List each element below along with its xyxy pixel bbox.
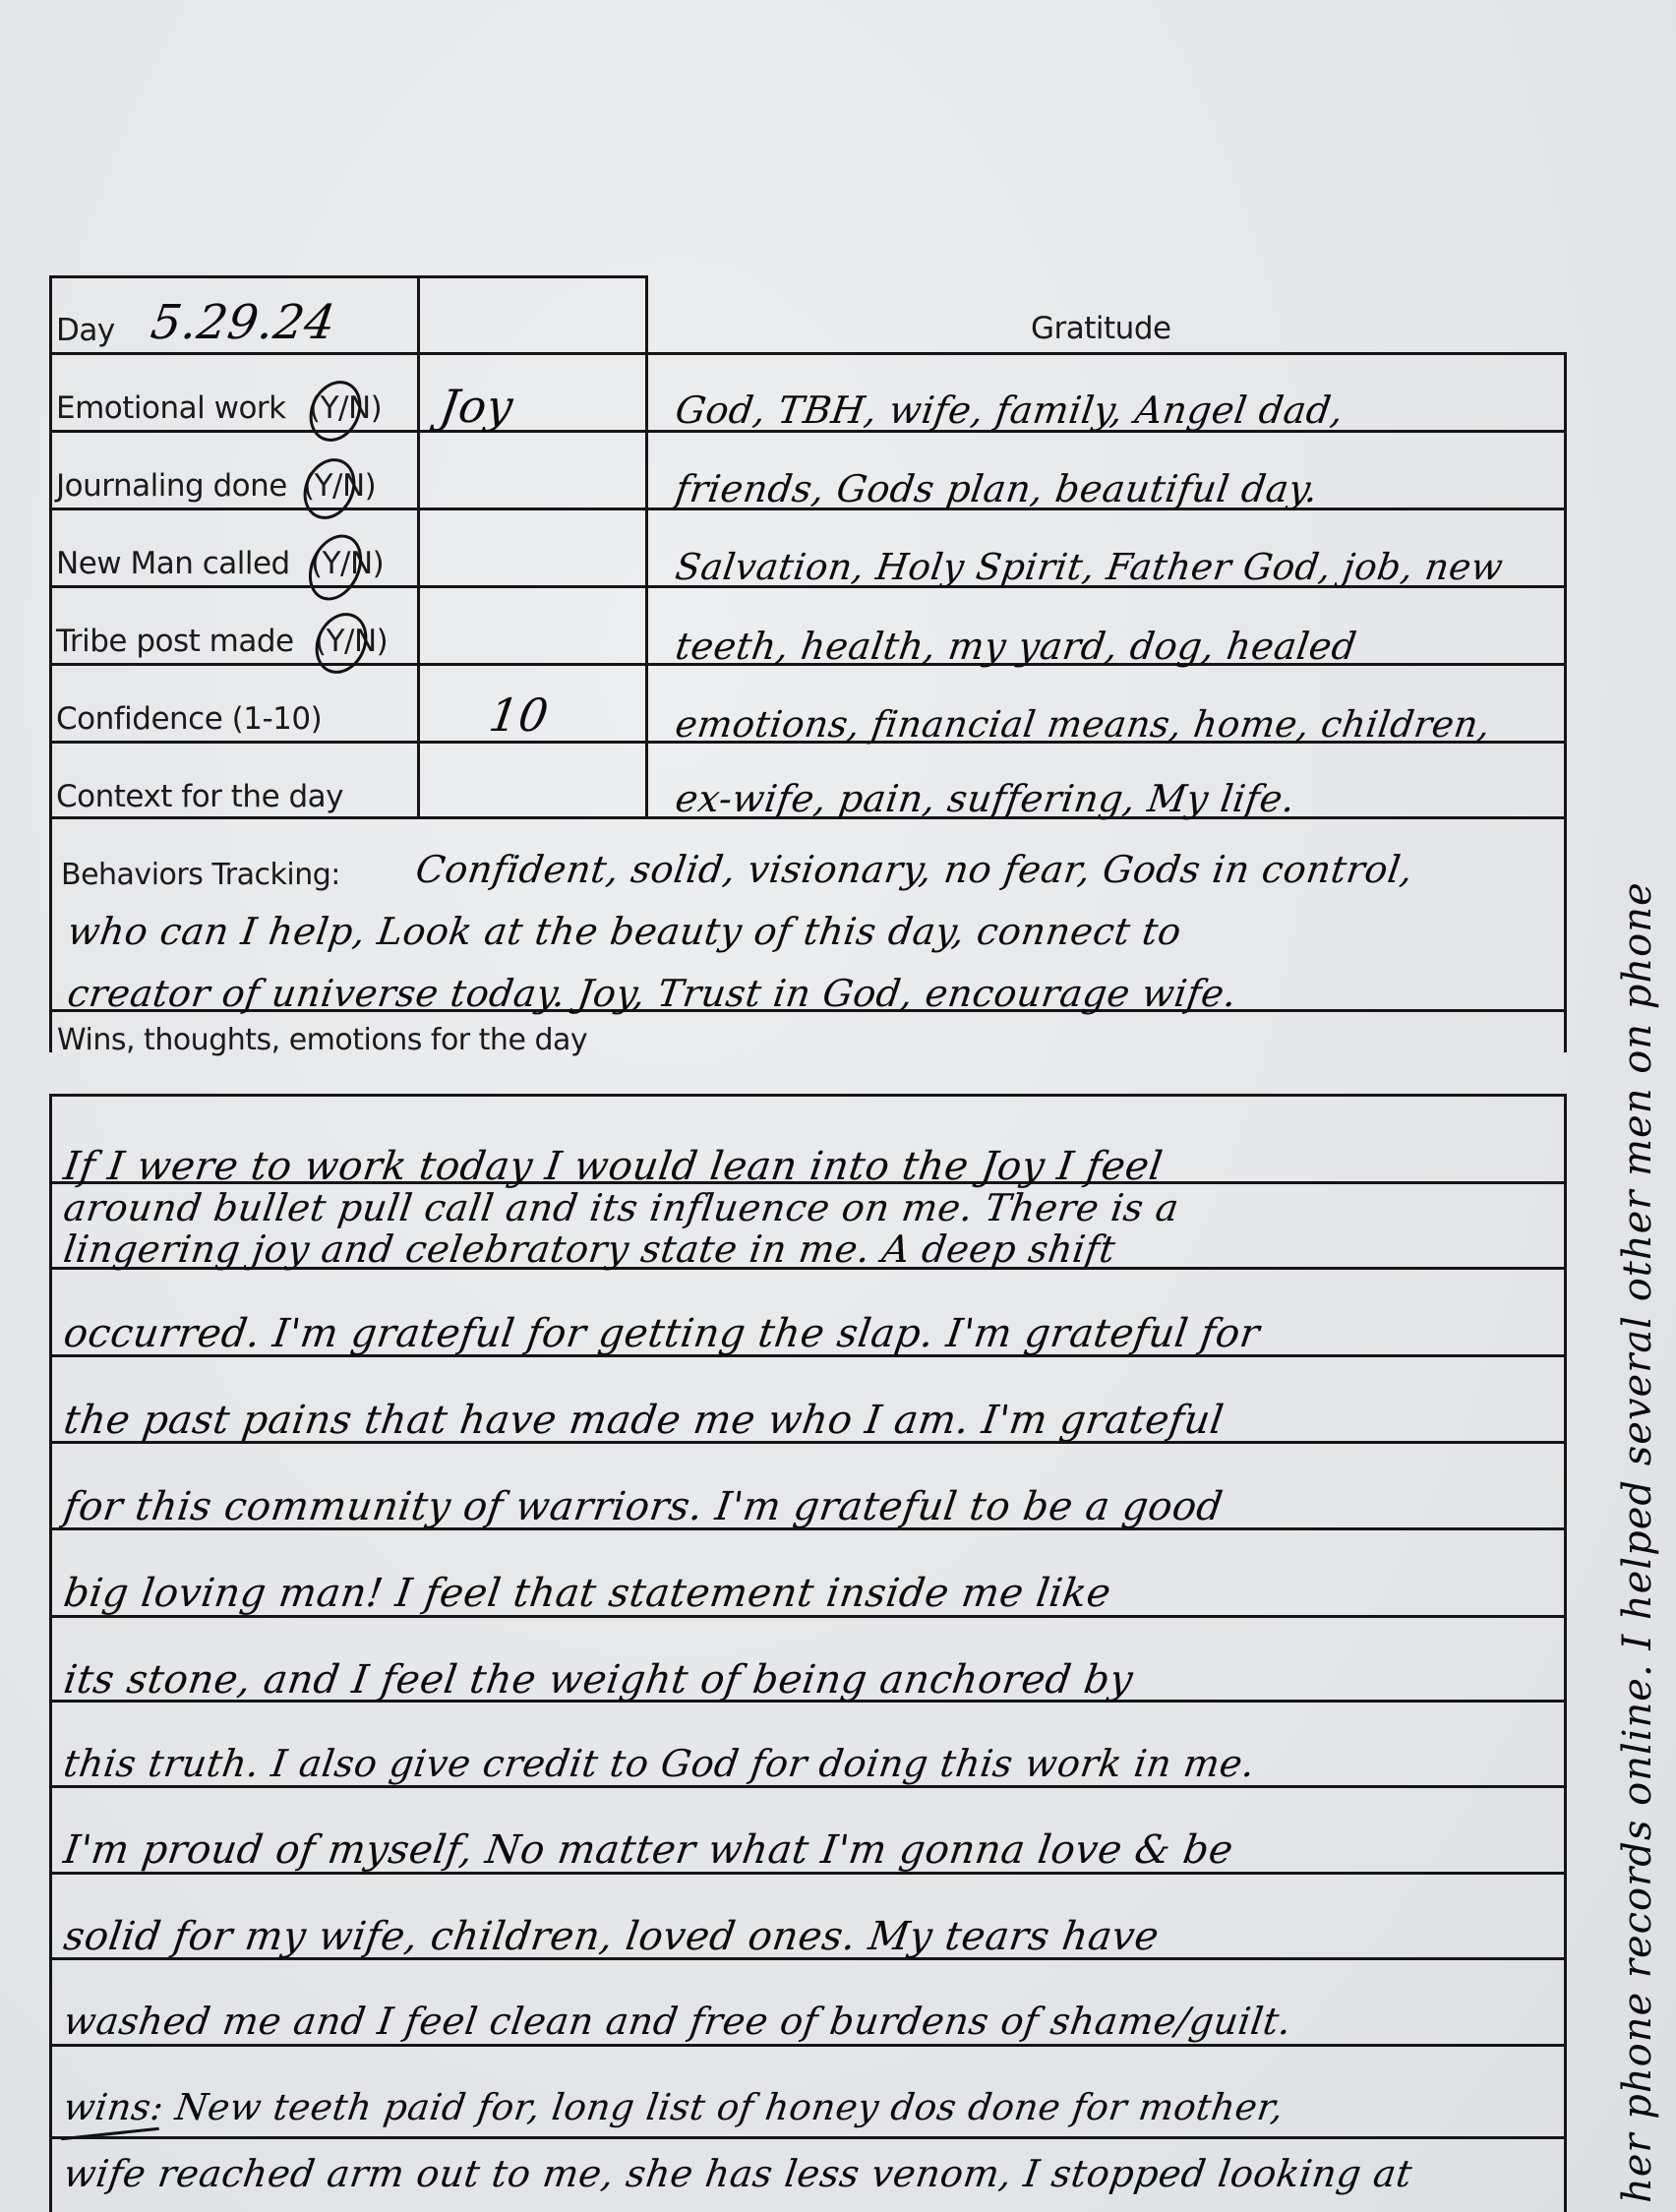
- gratitude-line: ex-wife, pain, suffering, My life.: [673, 777, 1298, 820]
- circled-yes-mark: [300, 372, 371, 449]
- journal-line: occurred. I'm grateful for getting the s…: [61, 1311, 1263, 1356]
- journal-line: washed me and I feel clean and free of b…: [61, 2000, 1294, 2043]
- journal-line-wins: wins: New teeth paid for, long list of h…: [61, 2086, 1287, 2128]
- table-divider: [645, 275, 648, 818]
- journal-border: [49, 1094, 1567, 1097]
- row-label: Confidence (1-10): [56, 701, 322, 737]
- margin-note[interactable]: her phone records online. I helped sever…: [1615, 881, 1660, 2203]
- journal-line: wife reached arm out to me, she has less…: [61, 2152, 1415, 2195]
- journal-header: Wins, thoughts, emotions for the day: [57, 1023, 587, 1057]
- gratitude-line: friends, Gods plan, beautiful day.: [673, 467, 1321, 510]
- gratitude-line: emotions, financial means, home, childre…: [673, 703, 1493, 746]
- journal-line: lingering joy and celebratory state in m…: [61, 1227, 1118, 1271]
- ruled-line: [49, 1785, 1567, 1788]
- behaviors-line: creator of universe today. Joy, Trust in…: [65, 972, 1239, 1015]
- row-label: Journaling done: [56, 468, 287, 504]
- table-divider: [417, 275, 420, 818]
- journal-line: I'm proud of myself, No matter what I'm …: [61, 1827, 1236, 1873]
- circled-yes-mark: [306, 604, 377, 682]
- behaviors-line: Confident, solid, visionary, no fear, Go…: [413, 848, 1416, 891]
- confidence-value[interactable]: 10: [486, 688, 552, 742]
- ruled-line: [49, 2136, 1567, 2139]
- row-value[interactable]: Joy: [437, 380, 516, 433]
- gratitude-line: teeth, health, my yard, dog, healed: [673, 625, 1359, 668]
- journal-line: its stone, and I feel the weight of bein…: [61, 1657, 1136, 1703]
- row-line: [49, 352, 1567, 355]
- journal-line: this truth. I also give credit to God fo…: [61, 1742, 1258, 1785]
- row-label: Emotional work: [56, 390, 286, 426]
- table-border: [1564, 352, 1567, 1052]
- circled-yes-mark: [294, 449, 365, 527]
- row-label: Context for the day: [56, 779, 343, 814]
- gratitude-line: Salvation, Holy Spirit, Father God, job,…: [673, 546, 1506, 588]
- circled-yes-mark: [299, 526, 373, 610]
- journal-line: If I were to work today I would lean int…: [61, 1144, 1166, 1189]
- gratitude-line: God, TBH, wife, family, Angel dad,: [673, 389, 1347, 432]
- journal-line: around bullet pull call and its influenc…: [61, 1186, 1181, 1229]
- behaviors-label: Behaviors Tracking:: [61, 858, 340, 892]
- behaviors-line: who can I help, Look at the beauty of th…: [65, 910, 1184, 953]
- row-label: New Man called: [56, 546, 290, 581]
- table-border: [49, 275, 648, 278]
- ruled-line: [49, 2044, 1567, 2047]
- journal-line: for this community of warriors. I'm grat…: [61, 1484, 1226, 1529]
- journal-line: solid for my wife, children, loved ones.…: [61, 1914, 1162, 1959]
- day-value[interactable]: 5.29.24: [148, 295, 339, 350]
- row-label: Tribe post made: [56, 624, 294, 659]
- gratitude-header: Gratitude: [1031, 311, 1171, 346]
- day-label: Day: [56, 313, 115, 348]
- journal-line: the past pains that have made me who I a…: [61, 1398, 1227, 1443]
- journal-line: big loving man! I feel that statement in…: [61, 1571, 1114, 1616]
